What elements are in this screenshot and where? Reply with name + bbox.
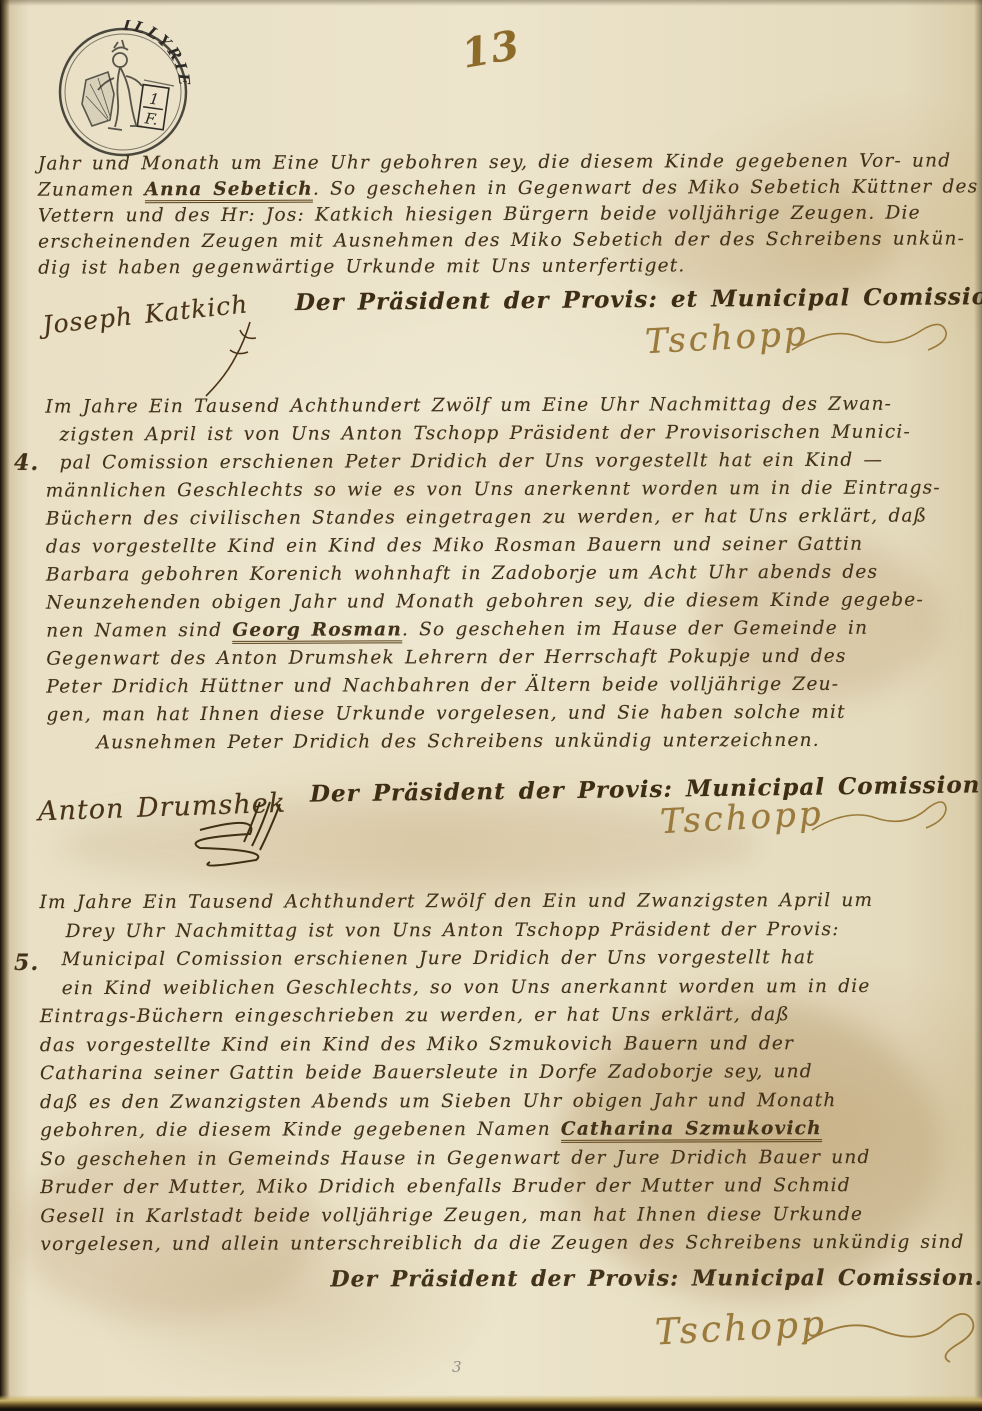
text-line: Bruder der Mutter, Miko Dridich ebenfall… [40,1172,945,1203]
text-line: So geschehen in Gemeinds Hause in Gegenw… [40,1143,945,1174]
text-line: Büchern des civilischen Standes eingetra… [46,502,951,533]
page-edge-right [974,0,982,1411]
page-edge-top [0,0,982,6]
entry-4-number: 4. [14,450,39,476]
text-line: ein Kind weiblichen Geschlechts, so von … [40,972,945,1003]
president-signature-tschopp-2: Tschopp [659,794,824,843]
text-line: Jahr und Monath um Eine Uhr gebohren sey… [38,148,963,177]
entry-4-text: Im Jahre Ein Tausend Achthundert Zwölf u… [45,390,951,757]
text-line: daß es den Zwanzigsten Abends um Sieben … [40,1086,945,1117]
text-line: Vettern und des Hr: Jos: Katkich hiesige… [38,200,963,229]
text-line: Zunamen Anna Sebetich. So geschehen in G… [38,174,963,203]
text-segment: nen Namen sind [46,620,232,642]
text-line: Drey Uhr Nachmittag ist von Uns Anton Ts… [40,915,945,946]
text-line: Barbara gebohren Korenich wohnhaft in Za… [46,558,951,589]
signature-flourish [790,320,950,370]
text-line: gen, man hat Ihnen diese Urkunde vorgele… [46,698,951,729]
entry-5-number: 5. [14,950,39,976]
president-title-1: Der Präsident der Provis: et Municipal C… [295,283,982,316]
entry-3-continuation: Jahr und Monath um Eine Uhr gebohren sey… [38,148,963,281]
witness-signature-joseph-katkich: Joseph Katkich [41,289,250,339]
page-edge-bottom [0,1395,982,1411]
text-line: erscheinenden Zeugen mit Ausnehmen des M… [38,226,963,255]
text-line: Gegenwart des Anton Drumshek Lehrern der… [46,642,951,673]
manuscript-page: ILLYRIE 1 F. 13 Jahr und Monath um Eine … [0,0,982,1411]
text-line: Municipal Comission erschienen Jure Drid… [40,944,945,975]
stamp-shield [82,72,114,126]
text-line: Ausnehmen Peter Dridich des Schreibens u… [47,726,952,757]
stamp-denom-bottom: F. [143,109,159,129]
witness-signature-anton-drumshek: Anton Drumshek [38,788,287,828]
text-line: Catharina seiner Gattin beide Bauersleut… [40,1058,945,1089]
text-line: Neunzehenden obigen Jahr und Monath gebo… [46,586,951,617]
text-line: nen Namen sind Georg Rosman. So geschehe… [46,614,951,645]
text-segment: gebohren, die diesem Kinde gegebenen Nam… [40,1119,561,1141]
text-line: männlichen Geschlechts so wie es von Uns… [46,474,951,505]
text-segment: Zunamen [38,179,145,200]
child-name-anna-sebetich: Anna Sebetich [144,179,313,204]
text-segment: . So geschehen im Hause der Gemeinde in [402,618,868,641]
president-title-3: Der Präsident der Provis: Municipal Comi… [40,1257,945,1294]
stamp-denomination: 1 F. [137,85,169,130]
president-signature-tschopp-3: Tschopp [654,1304,828,1354]
text-segment: . So geschehen in Gegenwart des Miko Seb… [313,176,979,199]
page-number: 13 [458,21,523,77]
president-title-2: Der Präsident der Provis: Municipal Comi… [310,771,981,807]
entry-5-text: Im Jahre Ein Tausend Achthundert Zwölf d… [39,887,945,1294]
text-line: das vorgestellte Kind ein Kind des Miko … [46,530,951,561]
signature-flourish [810,796,950,856]
text-line: gebohren, die diesem Kinde gegebenen Nam… [40,1115,945,1146]
page-edge-left [0,0,10,1411]
pencil-mark: 3 [452,1358,462,1376]
text-line: vorgelesen, und allein unterschreiblich … [40,1229,945,1260]
text-line: pal Comission erschienen Peter Dridich d… [46,446,951,477]
text-line: zigsten April ist von Uns Anton Tschopp … [45,418,950,449]
child-name-georg-rosman: Georg Rosman [232,619,402,644]
text-line: Im Jahre Ein Tausend Achthundert Zwölf u… [45,390,950,421]
revenue-stamp: ILLYRIE 1 F. [48,20,198,160]
child-name-catharina-szmukovich: Catharina Szmukovich [561,1118,822,1143]
signature-flourish [170,320,280,400]
text-line: Peter Dridich Hüttner und Nachbahren der… [46,670,951,701]
president-signature-tschopp-1: Tschopp [644,314,809,363]
text-line: das vorgestellte Kind ein Kind des Miko … [40,1029,945,1060]
text-line: Gesell in Karlstadt beide volljährige Ze… [40,1200,945,1231]
text-line: Eintrags-Büchern eingeschrieben zu werde… [40,1001,945,1032]
text-line: dig ist haben gegenwärtige Urkunde mit U… [38,252,963,281]
text-line: Im Jahre Ein Tausend Achthundert Zwölf d… [39,887,944,918]
